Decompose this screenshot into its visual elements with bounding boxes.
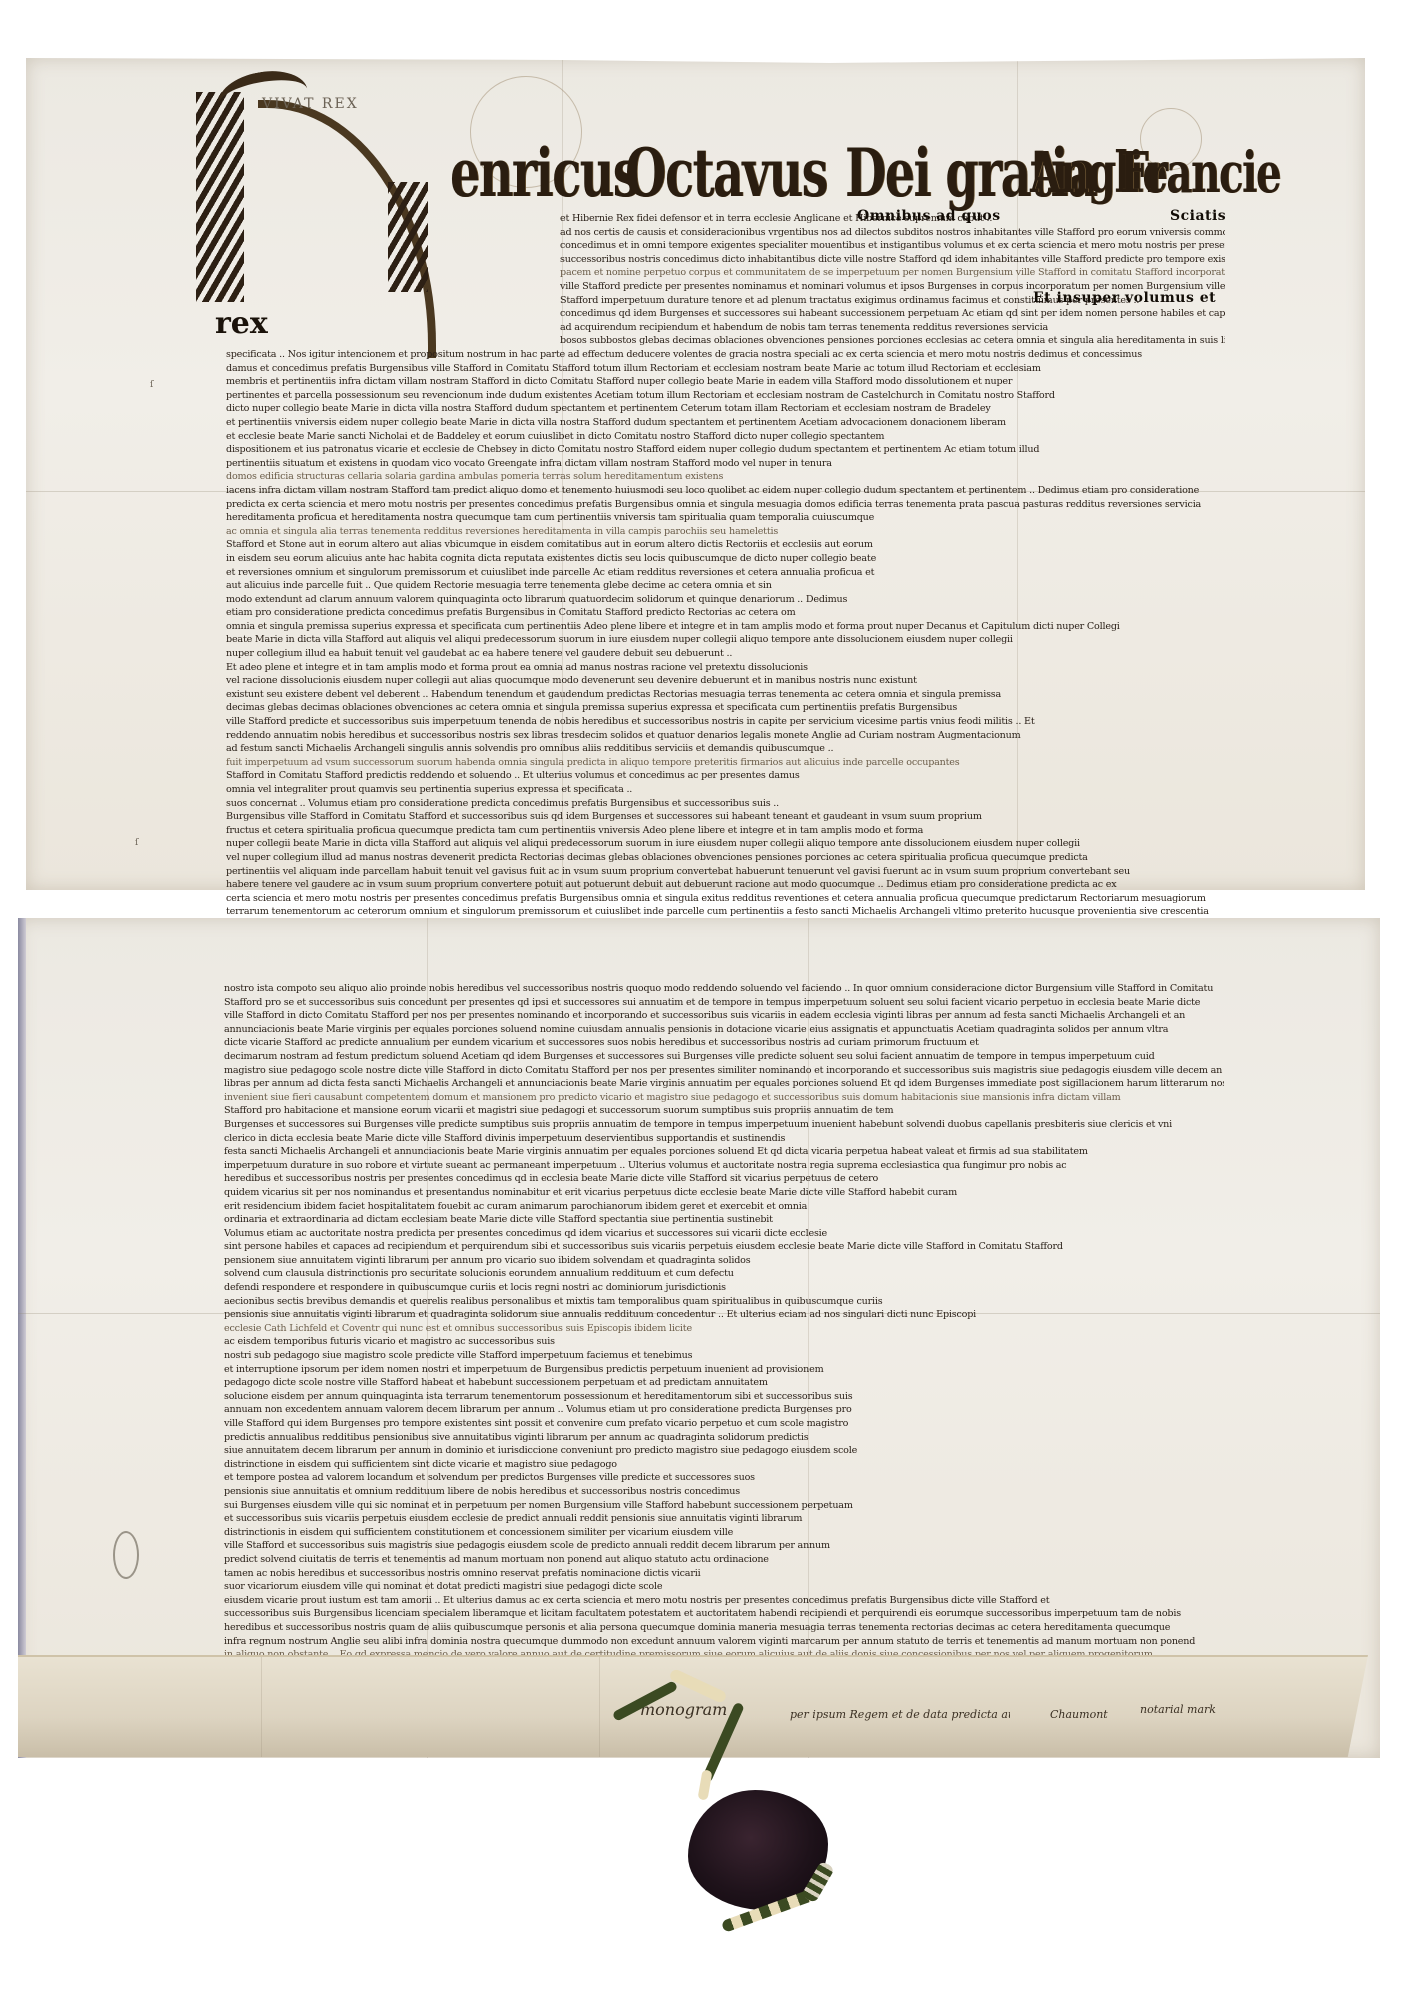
- text-line: imperpetuum durature in suo robore et vi…: [224, 1159, 1224, 1173]
- text-line: predictis annualibus redditibus pensioni…: [224, 1431, 1224, 1445]
- text-line: reddendo annuatim nobis heredibus et suc…: [226, 729, 1221, 743]
- text-line: pertinentiis vel aliquam inde parcellam …: [226, 865, 1221, 879]
- seal-cord-white: [697, 1769, 712, 1800]
- text-line: pertinentes et parcella possessionum seu…: [226, 389, 1221, 403]
- text-line: aut alicuius inde parcelle fuit .. Que q…: [226, 579, 1221, 593]
- text-line: suor vicariorum eiusdem ville qui nomina…: [224, 1580, 1224, 1594]
- banner-vivat-rex: VIVAT REX: [262, 96, 359, 112]
- text-line: Stafford in Comitatu Stafford predictis …: [226, 769, 1221, 783]
- margin-mark: ſ: [135, 838, 138, 848]
- signature-monogram: monogram: [640, 1700, 727, 1719]
- text-line: bosos subbostos glebas decimas oblacione…: [560, 334, 1225, 348]
- text-line: predicta ex certa sciencia et mero motu …: [226, 498, 1221, 512]
- signature-clerk-note: per ipsum Regem et de data predicta auct…: [790, 1708, 1010, 1721]
- text-line: ac omnia et singula alia terras tenement…: [226, 525, 1221, 539]
- text-line: Volumus etiam ac auctoritate nostra pred…: [224, 1227, 1224, 1241]
- text-line: vel nuper collegium illud ad manus nostr…: [226, 851, 1221, 865]
- text-line: tamen ac nobis heredibus et successoribu…: [224, 1567, 1224, 1581]
- text-line: nuper collegium illud ea habuit tenuit v…: [226, 647, 1221, 661]
- text-line: in eisdem seu eorum alicuius ante hac ha…: [226, 552, 1221, 566]
- text-line: solucione eisdem per annum quinquaginta …: [224, 1390, 1224, 1404]
- text-line: etiam pro consideratione predicta conced…: [226, 606, 1221, 620]
- text-line: terrarum tenementorum ac ceterorum omniu…: [226, 905, 1221, 919]
- text-line: heredibus et successoribus nostris per p…: [224, 1172, 1224, 1186]
- text-line: festa sancti Michaelis Archangeli et ann…: [224, 1145, 1224, 1159]
- text-line: domos edificia structuras cellaria solar…: [226, 470, 1221, 484]
- fold-crease: [261, 1657, 262, 1757]
- text-line: omnia et singula premissa superius expre…: [226, 620, 1221, 634]
- text-line: magistro siue pedagogo scole nostre dict…: [224, 1064, 1224, 1078]
- heading-et-insuper: Et insuper volumus et: [1033, 290, 1216, 306]
- text-line: defendi respondere et respondere in quib…: [224, 1281, 1224, 1295]
- text-line: ad festum sancti Michaelis Archangeli si…: [226, 742, 1221, 756]
- title-word-octavus: Octavus: [625, 140, 827, 206]
- text-line: Stafford pro se et successoribus suis co…: [224, 996, 1224, 1010]
- text-line: dicto nuper collegio beate Marie in dict…: [226, 402, 1221, 416]
- margin-mark: ſ: [150, 380, 153, 390]
- initial-stroke-right: [388, 182, 428, 292]
- text-line: concedimus et in omni tempore exigentes …: [560, 239, 1225, 253]
- text-line: Burgensibus ville Stafford in Comitatu S…: [226, 810, 1221, 824]
- signature-chaumont: Chaumont: [1050, 1708, 1108, 1721]
- text-line: habere tenere vel gaudere ac in vsum suu…: [226, 878, 1221, 892]
- text-line: hereditamenta proficua et hereditamenta …: [226, 511, 1221, 525]
- text-line: solvend cum clausula distrinctionis pro …: [224, 1267, 1224, 1281]
- text-line: invenient siue fieri causabunt competent…: [224, 1091, 1224, 1105]
- text-line: ville Stafford predicte et successoribus…: [226, 715, 1221, 729]
- text-line: heredibus et successoribus nostris quam …: [224, 1621, 1224, 1635]
- text-line: ecclesie Cath Lichfeld et Coventr qui nu…: [224, 1322, 1224, 1336]
- text-line: et reversiones omnium et singulorum prem…: [226, 566, 1221, 580]
- heading-sciatis: Sciatis: [1170, 208, 1226, 224]
- text-line: distrinctionis in eisdem qui sufficiente…: [224, 1526, 1224, 1540]
- text-line: damus et concedimus prefatis Burgensibus…: [226, 362, 1221, 376]
- text-line: vel racione dissolucionis eiusdem nuper …: [226, 674, 1221, 688]
- text-line: pensionis siue annuitatis et omnium redd…: [224, 1485, 1224, 1499]
- text-line: clerico in dicta ecclesia beate Marie di…: [224, 1132, 1224, 1146]
- text-line: sint persone habiles et capaces ad recip…: [224, 1240, 1224, 1254]
- charter-text-body-bottom: nostro ista compoto seu aliquo alio proi…: [224, 982, 1224, 1689]
- text-line: iacens infra dictam villam nostram Staff…: [226, 484, 1221, 498]
- text-line: ville Stafford in dicto Comitatu Staffor…: [224, 1009, 1224, 1023]
- text-line: Et adeo plene et integre et in tam ampli…: [226, 661, 1221, 675]
- text-line: concedimus qd idem Burgenses et successo…: [560, 307, 1225, 321]
- fold-crease: [599, 1657, 600, 1757]
- text-line: certa sciencia et mero motu nostris per …: [226, 892, 1221, 906]
- text-line: dispositionem et ius patronatus vicarie …: [226, 443, 1221, 457]
- text-line: nostro ista compoto seu aliquo alio proi…: [224, 982, 1224, 996]
- heading-omnibus-ad-quos: Omnibus ad quos: [857, 208, 1001, 224]
- charter-text-body-top: specificata .. Nos igitur intencionem et…: [226, 348, 1221, 946]
- text-line: ad nos certis de causis et consideracion…: [560, 226, 1225, 240]
- text-line: suos concernat .. Volumus etiam pro cons…: [226, 797, 1221, 811]
- text-line: existunt seu existere debent vel deberen…: [226, 688, 1221, 702]
- regnal-abbreviation: rex: [215, 306, 268, 341]
- text-line: predict solvend ciuitatis de terris et t…: [224, 1553, 1224, 1567]
- signature-notarial-mark: notarial mark: [1140, 1703, 1216, 1716]
- text-line: distrinctione in eisdem qui sufficientem…: [224, 1458, 1224, 1472]
- text-line: Stafford et Stone aut in eorum altero au…: [226, 538, 1221, 552]
- charter-text-head: et Hibernie Rex fidei defensor et in ter…: [560, 212, 1225, 348]
- text-line: libras per annum ad dicta festa sancti M…: [224, 1077, 1224, 1091]
- text-line: aecionibus sectis brevibus demandis et q…: [224, 1295, 1224, 1309]
- text-line: dicte vicarie Stafford ac predicte annua…: [224, 1036, 1224, 1050]
- title-word-francie: Francie: [1120, 140, 1280, 206]
- text-line: et interruptione ipsorum per idem nomen …: [224, 1363, 1224, 1377]
- text-line: modo extendunt ad clarum annuum valorem …: [226, 593, 1221, 607]
- text-line: ville Stafford et successoribus suis mag…: [224, 1539, 1224, 1553]
- seal-slit-outline: [113, 1531, 139, 1579]
- text-line: sui Burgenses eiusdem ville qui sic nomi…: [224, 1499, 1224, 1513]
- text-line: quidem vicarius sit per nos nominandus e…: [224, 1186, 1224, 1200]
- text-line: siue annuitatem decem librarum per annum…: [224, 1444, 1224, 1458]
- text-line: pedagogo dicte scole nostre ville Staffo…: [224, 1376, 1224, 1390]
- text-line: pertinentiis situatum et existens in quo…: [226, 457, 1221, 471]
- text-line: pacem et nomine perpetuo corpus et commu…: [560, 266, 1225, 280]
- text-line: et tempore postea ad valorem locandum et…: [224, 1471, 1224, 1485]
- text-line: nostri sub pedagogo siue magistro scole …: [224, 1349, 1224, 1363]
- title-word-henricus: enricus: [450, 140, 638, 206]
- text-line: et successoribus suis vicariis perpetuis…: [224, 1512, 1224, 1526]
- text-line: erit residencium ibidem faciet hospitali…: [224, 1200, 1224, 1214]
- text-line: successoribus nostris concedimus dicto i…: [560, 253, 1225, 267]
- text-line: membris et pertinentiis infra dictam vil…: [226, 375, 1221, 389]
- text-line: ville Stafford qui idem Burgenses pro te…: [224, 1417, 1224, 1431]
- text-line: decimarum nostram ad festum predictum so…: [224, 1050, 1224, 1064]
- text-line: fuit imperpetuum ad vsum successorum suo…: [226, 756, 1221, 770]
- text-line: et ecclesie beate Marie sancti Nicholai …: [226, 430, 1221, 444]
- text-line: specificata .. Nos igitur intencionem et…: [226, 348, 1221, 362]
- text-line: decimas glebas decimas oblaciones obvenc…: [226, 701, 1221, 715]
- text-line: infra regnum nostrum Anglie seu alibi in…: [224, 1635, 1224, 1649]
- text-line: eiusdem vicarie prout iustum est tam amo…: [224, 1594, 1224, 1608]
- text-line: Stafford pro habitacione et mansione eor…: [224, 1104, 1224, 1118]
- text-line: et pertinentiis vniversis eidem nuper co…: [226, 416, 1221, 430]
- text-line: pensionis siue annuitatis viginti librar…: [224, 1308, 1224, 1322]
- text-line: ac eisdem temporibus futuris vicario et …: [224, 1335, 1224, 1349]
- text-line: Burgenses et successores sui Burgenses v…: [224, 1118, 1224, 1132]
- sheet-edge-shadow: [18, 918, 26, 1758]
- text-line: omnia vel integraliter prout quamvis seu…: [226, 783, 1221, 797]
- text-line: nuper collegii beate Marie in dicta vill…: [226, 837, 1221, 851]
- text-line: fructus et cetera spiritualia proficua q…: [226, 824, 1221, 838]
- text-line: successoribus suis Burgensibus licenciam…: [224, 1607, 1224, 1621]
- text-line: beate Marie in dicta villa Stafford aut …: [226, 633, 1221, 647]
- text-line: ordinaria et extraordinaria ad dictam ec…: [224, 1213, 1224, 1227]
- text-line: pensionem siue annuitatem viginti librar…: [224, 1254, 1224, 1268]
- text-line: annuam non excedentem annuam valorem dec…: [224, 1403, 1224, 1417]
- text-line: annunciacionis beate Marie virginis per …: [224, 1023, 1224, 1037]
- text-line: ad acquirendum recipiendum et habendum d…: [560, 321, 1225, 335]
